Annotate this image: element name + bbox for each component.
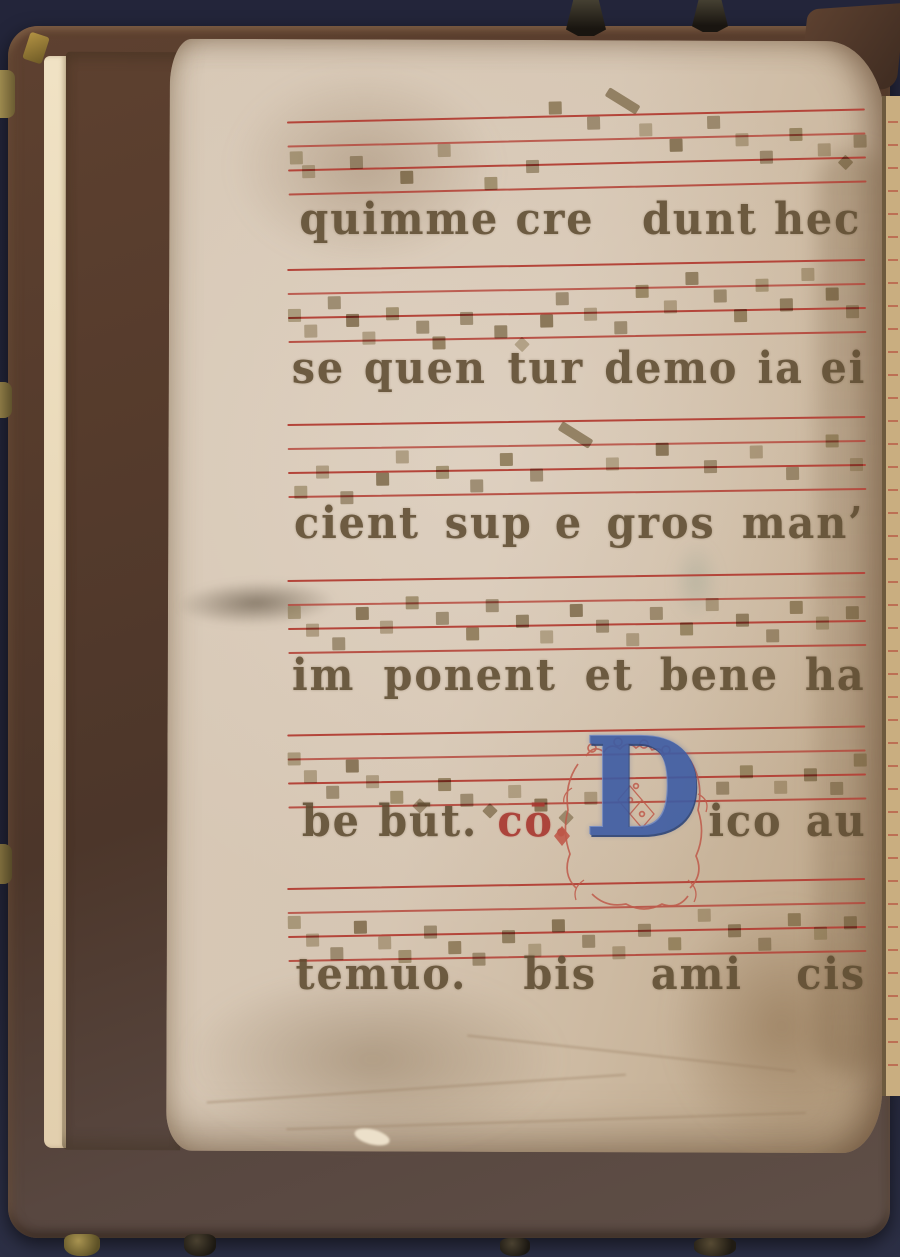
neume-note bbox=[780, 298, 793, 311]
chant-word: ponent bbox=[383, 654, 556, 698]
neume-note bbox=[530, 468, 543, 481]
neume-note bbox=[436, 612, 449, 625]
brass-clasp-middle bbox=[0, 382, 12, 418]
chant-word: bene bbox=[660, 654, 779, 698]
neume-note bbox=[789, 128, 802, 141]
neume-note bbox=[526, 160, 539, 173]
neume-note bbox=[416, 321, 429, 334]
chant-word: demo bbox=[604, 347, 738, 391]
neume-note bbox=[790, 601, 803, 614]
neume-note bbox=[736, 614, 749, 627]
parchment-crease bbox=[207, 1074, 626, 1104]
chant-text-line: temuo.bisamicis bbox=[290, 953, 868, 1011]
neume-note bbox=[328, 296, 341, 309]
neume-note bbox=[614, 321, 627, 334]
staff-line bbox=[288, 283, 866, 295]
neume-note bbox=[366, 775, 379, 788]
neume-note bbox=[680, 622, 693, 635]
metal-foot bbox=[184, 1234, 216, 1256]
chant-word: ami bbox=[651, 953, 743, 997]
illuminated-initial: D bbox=[576, 742, 700, 902]
staff-line bbox=[288, 488, 866, 498]
neume-note bbox=[850, 458, 863, 471]
chant-text-line: imponentetbeneha bbox=[290, 654, 868, 712]
brass-clasp-upper bbox=[0, 70, 15, 118]
parchment-crease bbox=[467, 1035, 795, 1073]
neume-note bbox=[728, 924, 741, 937]
neume-note bbox=[584, 308, 597, 321]
staff-line bbox=[288, 132, 866, 148]
neume-note bbox=[830, 782, 843, 795]
neume-note bbox=[816, 616, 829, 629]
neume-note bbox=[484, 177, 497, 190]
neume-note bbox=[316, 465, 329, 478]
neume-note bbox=[639, 123, 652, 136]
staff-line bbox=[288, 156, 866, 172]
chant-word: be bbox=[302, 800, 361, 844]
chant-word: quimme cre bbox=[299, 198, 594, 242]
neume-note bbox=[304, 770, 317, 783]
neume-note bbox=[714, 289, 727, 302]
chant-word: au bbox=[805, 800, 866, 844]
neume-note bbox=[734, 309, 747, 322]
fore-edge-staff-marks bbox=[888, 106, 898, 1086]
neume-note bbox=[846, 305, 859, 318]
neume-note bbox=[606, 457, 619, 470]
chant-word: im bbox=[292, 654, 355, 698]
chant-word: dunt hec bbox=[642, 198, 861, 242]
neume-note bbox=[386, 307, 399, 320]
neume-note bbox=[438, 778, 451, 791]
neume-note bbox=[549, 101, 562, 114]
neume-note bbox=[400, 171, 413, 184]
chant-word: ha bbox=[805, 654, 866, 698]
neume-note bbox=[306, 934, 319, 947]
chant-word: e bbox=[555, 502, 583, 546]
chant-text-line: cientsupegrosman’ bbox=[290, 502, 868, 560]
chant-word: ei bbox=[821, 347, 867, 391]
neume-note bbox=[406, 596, 419, 609]
chant-word: cient bbox=[294, 502, 420, 546]
chant-word: et bbox=[585, 654, 634, 698]
staff-line bbox=[288, 464, 866, 474]
neume-note bbox=[755, 279, 768, 292]
chant-word: tur bbox=[507, 347, 584, 391]
neume-note bbox=[685, 272, 698, 285]
neume-note bbox=[704, 460, 717, 473]
neume-note bbox=[596, 620, 609, 633]
neume-note bbox=[582, 935, 595, 948]
chant-text-line: bebūt.cō. bbox=[300, 800, 572, 858]
neume-note bbox=[380, 621, 393, 634]
staff-line bbox=[288, 644, 866, 654]
neume-note bbox=[638, 924, 651, 937]
neume-note bbox=[302, 165, 315, 178]
neume-note bbox=[494, 325, 507, 338]
neume-note bbox=[758, 938, 771, 951]
neume-note bbox=[626, 633, 639, 646]
neume-note bbox=[774, 781, 787, 794]
chant-word: cis bbox=[796, 953, 866, 997]
chant-text-line: sequenturdemoiaei bbox=[290, 347, 868, 405]
neume-note bbox=[486, 599, 499, 612]
illuminated-initial-letter: D bbox=[584, 720, 702, 856]
neume-note bbox=[424, 925, 437, 938]
neume-note bbox=[346, 759, 359, 772]
chant-word: se bbox=[292, 347, 345, 391]
metal-foot bbox=[694, 1238, 736, 1256]
neume-note bbox=[288, 309, 301, 322]
neume-note bbox=[438, 144, 451, 157]
chant-word: bis bbox=[523, 953, 597, 997]
neume-note bbox=[540, 630, 553, 643]
neume-note bbox=[750, 445, 763, 458]
neume-note bbox=[636, 285, 649, 298]
neume-note bbox=[350, 156, 363, 169]
neume-note bbox=[466, 627, 479, 640]
neume-note bbox=[294, 486, 307, 499]
neume-note bbox=[801, 268, 814, 281]
neume-note bbox=[650, 607, 663, 620]
neume-note bbox=[552, 919, 565, 932]
neume-note bbox=[786, 467, 799, 480]
neume-note bbox=[570, 604, 583, 617]
neume-note bbox=[760, 151, 773, 164]
chant-text-line: quimme credunt hec bbox=[290, 198, 868, 256]
neume-note bbox=[516, 615, 529, 628]
neume-note bbox=[656, 443, 669, 456]
neume-note bbox=[818, 143, 831, 156]
neume-note bbox=[354, 921, 367, 934]
neume-note bbox=[556, 292, 569, 305]
chant-word: gros bbox=[606, 502, 715, 546]
chant-word: temuo. bbox=[295, 953, 467, 997]
neume-note bbox=[290, 151, 303, 164]
neume-note bbox=[436, 466, 449, 479]
staff-line bbox=[288, 620, 866, 630]
neume-note bbox=[804, 768, 817, 781]
neume-note bbox=[826, 434, 839, 447]
neume-note bbox=[706, 598, 719, 611]
neume-note bbox=[854, 753, 867, 766]
neume-note bbox=[766, 629, 779, 642]
neume-note bbox=[846, 606, 859, 619]
manuscript-photo: quimme credunt hecsequenturdemoiaeicient… bbox=[0, 0, 900, 1257]
neume-note bbox=[826, 287, 839, 300]
neume-note bbox=[376, 473, 389, 486]
chant-word: quen bbox=[364, 347, 487, 391]
neume-note bbox=[735, 133, 748, 146]
metal-boss-top-right bbox=[692, 0, 728, 32]
chant-word: sup bbox=[445, 502, 533, 546]
neume-note bbox=[378, 936, 391, 949]
neume-note bbox=[470, 479, 483, 492]
chant-word: ia bbox=[758, 347, 804, 391]
neume-note bbox=[502, 930, 515, 943]
neume-note bbox=[346, 314, 359, 327]
neume-note bbox=[356, 607, 369, 620]
neume-note bbox=[500, 453, 513, 466]
neume-note bbox=[707, 116, 720, 129]
metal-foot bbox=[500, 1238, 530, 1256]
neume-note bbox=[306, 624, 319, 637]
staff-line bbox=[288, 926, 866, 938]
neume-note bbox=[540, 314, 553, 327]
fore-edge-sliver bbox=[882, 96, 900, 1096]
neume-note bbox=[814, 927, 827, 940]
neume-note bbox=[288, 752, 301, 765]
neume-note bbox=[288, 916, 301, 929]
neume-note bbox=[288, 606, 301, 619]
metal-boss-top-left bbox=[566, 0, 606, 36]
brass-foot bbox=[64, 1234, 100, 1256]
brass-clasp-lower bbox=[0, 844, 12, 884]
chant-text-line: icoau bbox=[706, 800, 868, 858]
chant-word: man’ bbox=[742, 502, 865, 546]
neume-note bbox=[844, 916, 857, 929]
neume-note bbox=[332, 637, 345, 650]
chant-word: būt. bbox=[379, 800, 479, 844]
neume-note bbox=[664, 300, 677, 313]
neume-note bbox=[669, 139, 682, 152]
neume-note bbox=[396, 450, 409, 463]
neume-note bbox=[740, 765, 753, 778]
neume-note bbox=[788, 913, 801, 926]
neume-note bbox=[304, 325, 317, 338]
neume-note bbox=[853, 134, 866, 147]
neume-note bbox=[460, 312, 473, 325]
neume-note bbox=[587, 116, 600, 129]
parchment-tear bbox=[353, 1125, 392, 1148]
